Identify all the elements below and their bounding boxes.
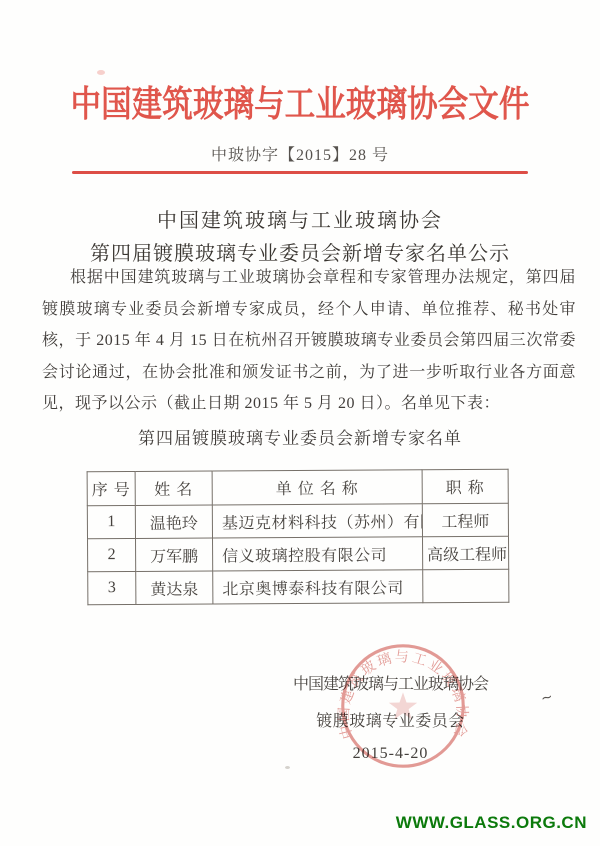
col-header-unit: 单 位 名 称 [212,470,422,505]
cell-title: 高级工程师 [423,536,509,570]
cell-seq: 3 [88,571,136,604]
experts-table: 序 号 姓 名 单 位 名 称 职 称 1 温艳玲 基迈克材料科技（苏州）有限公… [87,469,510,606]
letterhead-title: 中国建筑玻璃与工业玻璃协会文件 [45,76,555,127]
cell-name: 万军鹏 [136,538,213,571]
pen-scribble-mark: ~ [539,689,554,707]
signature-block: 中国建筑玻璃与工业玻璃协会 镀膜玻璃专业委员会 2015-4-20 [288,671,493,763]
col-header-seq: 序 号 [87,471,135,505]
table-row: 2 万军鹏 信义玻璃控股有限公司 高级工程师 [88,536,509,572]
signature-org-line1: 中国建筑玻璃与工业玻璃协会 [288,671,493,694]
table-row: 3 黄达泉 北京奥博泰科技有限公司 [88,569,509,605]
cell-seq: 1 [87,505,135,538]
table-row: 1 温艳玲 基迈克材料科技（苏州）有限公司 工程师 [87,503,508,539]
document-page: 中国建筑玻璃与工业玻璃协会文件 中玻协字【2015】28 号 中国建筑玻璃与工业… [0,0,600,846]
cell-unit: 北京奥博泰科技有限公司 [213,570,423,604]
col-header-title: 职 称 [422,469,508,504]
website-url: WWW.GLASS.ORG.CN [396,813,587,833]
cell-name: 温艳玲 [135,505,212,538]
scan-speck-pink [97,70,105,75]
cell-unit: 基迈克材料科技（苏州）有限公司 [212,504,422,538]
cell-unit: 信义玻璃控股有限公司 [213,537,423,571]
signature-date: 2015-4-20 [288,745,493,763]
body-heading-org: 中国建筑玻璃与工业玻璃协会 [0,204,600,233]
cell-seq: 2 [88,538,136,571]
body-paragraph: 根据中国建筑玻璃与工业玻璃协会章程和专家管理办法规定，第四届镀膜玻璃专业委员会新… [42,262,576,420]
cell-name: 黄达泉 [136,571,213,604]
red-divider-line [72,171,528,174]
scan-speck-gray [285,766,290,769]
signature-org-line2: 镀膜玻璃专业委员会 [288,708,493,731]
cell-title: 工程师 [422,503,508,537]
table-header-row: 序 号 姓 名 单 位 名 称 职 称 [87,469,508,506]
cell-title [423,569,509,603]
doc-number: 中玻协字【2015】28 号 [0,142,600,165]
col-header-name: 姓 名 [135,471,212,505]
table-caption: 第四届镀膜玻璃专业委员会新增专家名单 [0,424,600,449]
